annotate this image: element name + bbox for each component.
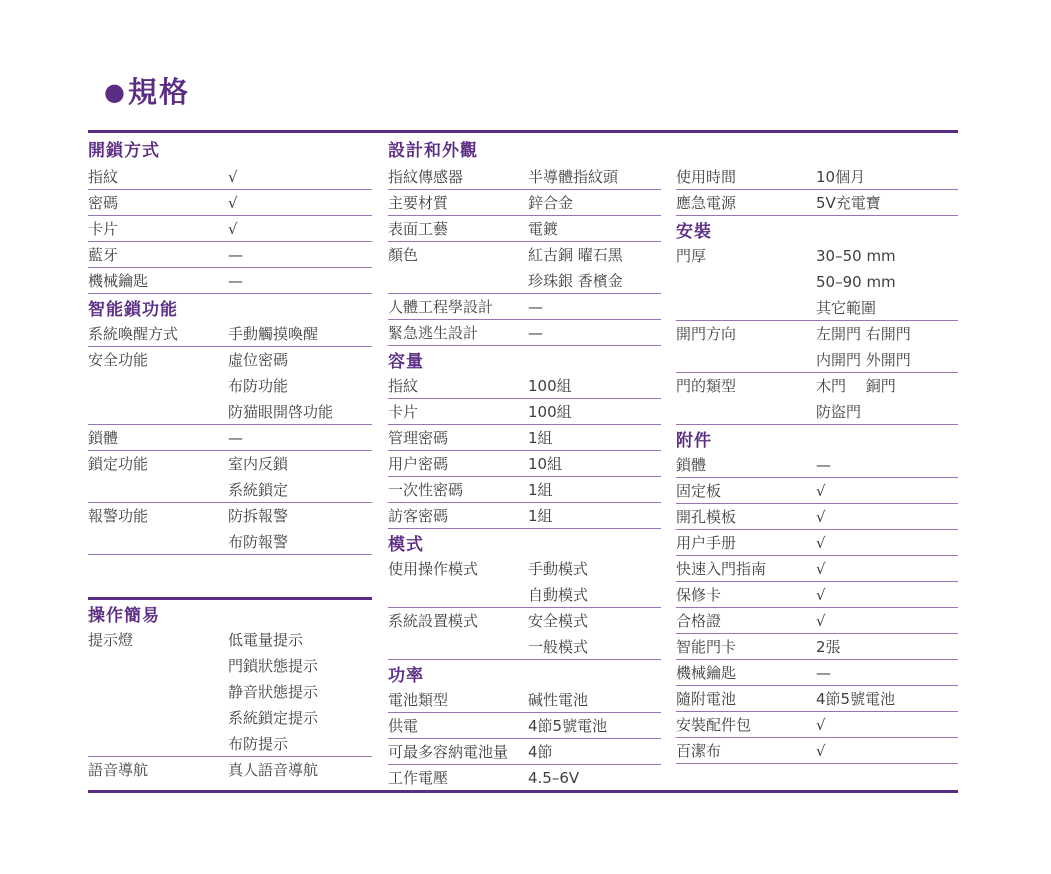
spec-value: √ (816, 556, 826, 582)
spec-values: — (228, 242, 243, 268)
spec-values: 紅古銅 曜石黑珍珠銀 香檳金 (528, 242, 623, 294)
spec-values: 手動模式自動模式 (528, 556, 588, 608)
spec-section: 模式使用操作模式手動模式自動模式系統設置模式安全模式一般模式 (388, 529, 661, 660)
spec-label: 智能門卡 (676, 634, 816, 660)
spec-row: 鎖定功能室内反鎖系統鎖定 (88, 451, 372, 503)
spec-value: 其它範圍 (816, 295, 896, 321)
spec-values: 手動觸摸喚醒 (228, 321, 318, 347)
spec-row: 機械鑰匙— (88, 268, 372, 294)
spec-row: 機械鑰匙— (676, 660, 958, 686)
spec-block: 開鎖方式指紋√密碼√卡片√藍牙—機械鑰匙—智能鎖功能系統喚醒方式手動觸摸喚醒安全… (88, 133, 372, 555)
spec-label: 鎖體 (676, 452, 816, 478)
spec-value: — (228, 242, 243, 268)
spec-section: 使用時間10個月應急電源5V充電寶 (676, 133, 958, 216)
spec-label: 系統喚醒方式 (88, 321, 228, 347)
spec-value: — (816, 660, 831, 686)
spec-label: 保修卡 (676, 582, 816, 608)
spec-value: 10個月 (816, 164, 865, 190)
spec-values: 30–50 mm50–90 mm其它範圍 (816, 243, 896, 321)
spec-row: 提示燈低電量提示門鎖狀態提示静音狀態提示系統鎖定提示布防提示 (88, 627, 372, 757)
spec-values: — (816, 660, 831, 686)
spec-row: 開孔模板√ (676, 504, 958, 530)
spec-value: √ (816, 504, 826, 530)
spec-value: √ (228, 216, 238, 242)
spec-row: 系統喚醒方式手動觸摸喚醒 (88, 321, 372, 347)
spec-values: 4.5–6V (528, 765, 579, 791)
spec-values: — (528, 320, 543, 346)
spec-label: 門的類型 (676, 373, 816, 399)
spec-value: 真人語音導航 (228, 757, 318, 783)
spec-value: √ (816, 738, 826, 764)
spec-value: 4節5號電池 (528, 713, 607, 739)
spec-row: 使用操作模式手動模式自動模式 (388, 556, 661, 608)
spec-row: 表面工藝電鍍 (388, 216, 661, 242)
spec-values: √ (228, 216, 238, 242)
section-header: 安裝 (676, 216, 958, 243)
spec-label: 指紋傳感器 (388, 164, 528, 190)
spec-value: 1組 (528, 425, 553, 451)
spec-values: — (816, 452, 831, 478)
spec-value: √ (228, 164, 238, 190)
spec-value: 虛位密碼 (228, 347, 333, 373)
spec-value: 碱性電池 (528, 687, 588, 713)
spec-row: 鎖體— (676, 452, 958, 478)
spec-values: — (228, 425, 243, 451)
spec-values: 虛位密碼布防功能防猫眼開啓功能 (228, 347, 333, 425)
section-header: 智能鎖功能 (88, 294, 372, 321)
spec-row: 顏色紅古銅 曜石黑珍珠銀 香檳金 (388, 242, 661, 294)
spec-row: 使用時間10個月 (676, 164, 958, 190)
spec-row: 管理密碼1組 (388, 425, 661, 451)
spec-label: 隨附電池 (676, 686, 816, 712)
spec-row: 供電4節5號電池 (388, 713, 661, 739)
spec-values: 2張 (816, 634, 841, 660)
spec-values: √ (228, 190, 238, 216)
spec-label: 使用操作模式 (388, 556, 528, 582)
spec-label: 報警功能 (88, 503, 228, 529)
spec-value: — (528, 294, 543, 320)
spec-label: 用户密碼 (388, 451, 528, 477)
spec-value: √ (816, 608, 826, 634)
bottom-spacer (676, 764, 958, 790)
spec-block: 操作簡易提示燈低電量提示門鎖狀態提示静音狀態提示系統鎖定提示布防提示語音導航真人… (88, 597, 372, 783)
spec-values: 4節 (528, 739, 553, 765)
spec-row: 安全功能虛位密碼布防功能防猫眼開啓功能 (88, 347, 372, 425)
spec-column-2: 設計和外觀指紋傳感器半導體指紋頭主要材質鋅合金表面工藝電鍍顏色紅古銅 曜石黑珍珠… (388, 133, 661, 791)
spec-values: 低電量提示門鎖狀態提示静音狀態提示系統鎖定提示布防提示 (228, 627, 318, 757)
spec-value: 安全模式 (528, 608, 588, 634)
spec-label: 提示燈 (88, 627, 228, 653)
spec-section: 容量指紋100組卡片100組管理密碼1組用户密碼10組一次性密碼1組訪客密碼1組 (388, 346, 661, 529)
spec-value: 1組 (528, 477, 553, 503)
spec-section: 功率電池類型碱性電池供電4節5號電池可最多容納電池量4節工作電壓4.5–6V (388, 660, 661, 791)
spec-row: 卡片√ (88, 216, 372, 242)
spec-section: 操作簡易提示燈低電量提示門鎖狀態提示静音狀態提示系統鎖定提示布防提示語音導航真人… (88, 600, 372, 783)
spec-values: 木門 銅門防盜門 (816, 373, 896, 425)
spec-label: 人體工程學設計 (388, 294, 528, 320)
spec-values: 5V充電寶 (816, 190, 881, 216)
spec-row: 工作電壓4.5–6V (388, 765, 661, 791)
spec-value: 2張 (816, 634, 841, 660)
section-header: 開鎖方式 (88, 133, 372, 164)
spec-value: 布防報警 (228, 529, 288, 555)
spec-row: 用户密碼10組 (388, 451, 661, 477)
spec-values: 鋅合金 (528, 190, 573, 216)
spec-label: 安裝配件包 (676, 712, 816, 738)
spec-section: 開鎖方式指紋√密碼√卡片√藍牙—機械鑰匙— (88, 133, 372, 294)
spec-label: 表面工藝 (388, 216, 528, 242)
spec-values: — (228, 268, 243, 294)
spec-values: 室内反鎖系統鎖定 (228, 451, 288, 503)
section-header-spacer (676, 133, 958, 164)
spec-block: 設計和外觀指紋傳感器半導體指紋頭主要材質鋅合金表面工藝電鍍顏色紅古銅 曜石黑珍珠… (388, 133, 661, 791)
spec-values: √ (816, 712, 826, 738)
spec-value: 防拆報警 (228, 503, 288, 529)
spec-value: 系統鎖定提示 (228, 705, 318, 731)
spec-value: 珍珠銀 香檳金 (528, 268, 623, 294)
spec-label: 可最多容納電池量 (388, 739, 528, 765)
spec-values: 防拆報警布防報警 (228, 503, 288, 555)
spec-label: 供電 (388, 713, 528, 739)
spec-value: 紅古銅 曜石黑 (528, 242, 623, 268)
spec-value: 防盜門 (816, 399, 896, 425)
spec-row: 電池類型碱性電池 (388, 687, 661, 713)
spec-row: 門的類型木門 銅門防盜門 (676, 373, 958, 425)
spec-row: 用户手册√ (676, 530, 958, 556)
page-title-text: 規格 (128, 74, 190, 110)
spec-label: 應急電源 (676, 190, 816, 216)
spec-row: 卡片100組 (388, 399, 661, 425)
spec-value: 自動模式 (528, 582, 588, 608)
spec-value: 1組 (528, 503, 553, 529)
spec-value: 内開門 外開門 (816, 347, 911, 373)
spec-label: 使用時間 (676, 164, 816, 190)
spec-label: 電池類型 (388, 687, 528, 713)
spec-value: 手動模式 (528, 556, 588, 582)
spec-label: 系統設置模式 (388, 608, 528, 634)
spec-column-1: 開鎖方式指紋√密碼√卡片√藍牙—機械鑰匙—智能鎖功能系統喚醒方式手動觸摸喚醒安全… (88, 133, 372, 783)
page-title: ● 規格 (104, 74, 190, 110)
spec-value: 30–50 mm (816, 243, 896, 269)
spec-label: 工作電壓 (388, 765, 528, 791)
spec-values: 電鍍 (528, 216, 558, 242)
spec-values: 1組 (528, 425, 553, 451)
spec-values: √ (816, 738, 826, 764)
spec-value: 4.5–6V (528, 765, 579, 791)
spec-values: √ (816, 556, 826, 582)
spec-row: 固定板√ (676, 478, 958, 504)
spec-values: 100組 (528, 373, 572, 399)
spec-row: 保修卡√ (676, 582, 958, 608)
spec-label: 密碼 (88, 190, 228, 216)
section-header: 模式 (388, 529, 661, 556)
spec-label: 門厚 (676, 243, 816, 269)
section-header: 操作簡易 (88, 600, 372, 627)
spec-value: 4節 (528, 739, 553, 765)
spec-label: 顏色 (388, 242, 528, 268)
spec-row: 指紋√ (88, 164, 372, 190)
spec-values: √ (816, 530, 826, 556)
spec-label: 固定板 (676, 478, 816, 504)
spec-value: √ (816, 712, 826, 738)
spec-value: 室内反鎖 (228, 451, 288, 477)
spec-row: 指紋100組 (388, 373, 661, 399)
spec-row: 一次性密碼1組 (388, 477, 661, 503)
spec-value: 門鎖狀態提示 (228, 653, 318, 679)
spec-row: 合格證√ (676, 608, 958, 634)
spec-value: 木門 銅門 (816, 373, 896, 399)
spec-label: 訪客密碼 (388, 503, 528, 529)
spec-value: 左開門 右開門 (816, 321, 911, 347)
spec-values: 10個月 (816, 164, 865, 190)
spec-row: 報警功能防拆報警布防報警 (88, 503, 372, 555)
spec-value: 一般模式 (528, 634, 588, 660)
spec-row: 訪客密碼1組 (388, 503, 661, 529)
spec-section: 附件鎖體—固定板√開孔模板√用户手册√快速入門指南√保修卡√合格證√智能門卡2張… (676, 425, 958, 764)
spec-row: 開門方向左開門 右開門内開門 外開門 (676, 321, 958, 373)
spec-value: 50–90 mm (816, 269, 896, 295)
spec-label: 百潔布 (676, 738, 816, 764)
spec-value: √ (816, 478, 826, 504)
spec-label: 指紋 (388, 373, 528, 399)
spec-label: 開門方向 (676, 321, 816, 347)
spec-values: √ (816, 478, 826, 504)
spec-values: 1組 (528, 503, 553, 529)
spec-label: 鎖定功能 (88, 451, 228, 477)
spec-label: 指紋 (88, 164, 228, 190)
spec-value: 半導體指紋頭 (528, 164, 618, 190)
spec-value: 10組 (528, 451, 562, 477)
spec-value: — (228, 425, 243, 451)
spec-label: 機械鑰匙 (676, 660, 816, 686)
spec-value: — (228, 268, 243, 294)
spec-values: 10組 (528, 451, 562, 477)
spec-values: 安全模式一般模式 (528, 608, 588, 660)
spec-label: 語音導航 (88, 757, 228, 783)
spec-row: 應急電源5V充電寶 (676, 190, 958, 216)
spec-values: 左開門 右開門内開門 外開門 (816, 321, 911, 373)
section-header: 容量 (388, 346, 661, 373)
spec-label: 主要材質 (388, 190, 528, 216)
spec-section: 智能鎖功能系統喚醒方式手動觸摸喚醒安全功能虛位密碼布防功能防猫眼開啓功能鎖體—鎖… (88, 294, 372, 555)
spec-row: 指紋傳感器半導體指紋頭 (388, 164, 661, 190)
spec-label: 一次性密碼 (388, 477, 528, 503)
spec-value: 100組 (528, 399, 572, 425)
spec-label: 快速入門指南 (676, 556, 816, 582)
spec-values: 半導體指紋頭 (528, 164, 618, 190)
spec-label: 開孔模板 (676, 504, 816, 530)
spec-row: 安裝配件包√ (676, 712, 958, 738)
spec-row: 百潔布√ (676, 738, 958, 764)
spec-row: 快速入門指南√ (676, 556, 958, 582)
spec-row: 系統設置模式安全模式一般模式 (388, 608, 661, 660)
spec-value: √ (228, 190, 238, 216)
spec-values: 真人語音導航 (228, 757, 318, 783)
spec-values: 4節5號電池 (816, 686, 895, 712)
spec-row: 密碼√ (88, 190, 372, 216)
spec-value: 布防提示 (228, 731, 318, 757)
spec-value: √ (816, 530, 826, 556)
spec-value: 鋅合金 (528, 190, 573, 216)
spec-values: 1組 (528, 477, 553, 503)
spec-value: 静音狀態提示 (228, 679, 318, 705)
spec-row: 主要材質鋅合金 (388, 190, 661, 216)
spec-value: 手動觸摸喚醒 (228, 321, 318, 347)
spec-values: √ (228, 164, 238, 190)
spec-values: 4節5號電池 (528, 713, 607, 739)
spec-values: — (528, 294, 543, 320)
spec-value: 100組 (528, 373, 572, 399)
spec-values: 碱性電池 (528, 687, 588, 713)
spec-values: √ (816, 504, 826, 530)
spec-value: 防猫眼開啓功能 (228, 399, 333, 425)
spec-label: 藍牙 (88, 242, 228, 268)
spec-label: 卡片 (388, 399, 528, 425)
spec-value: 布防功能 (228, 373, 333, 399)
spec-value: 5V充電寶 (816, 190, 881, 216)
spec-row: 語音導航真人語音導航 (88, 757, 372, 783)
spec-values: 100組 (528, 399, 572, 425)
spec-values: √ (816, 608, 826, 634)
spec-block: 使用時間10個月應急電源5V充電寶安裝門厚30–50 mm50–90 mm其它範… (676, 133, 958, 764)
spec-column-3: 使用時間10個月應急電源5V充電寶安裝門厚30–50 mm50–90 mm其它範… (676, 133, 958, 790)
section-header: 設計和外觀 (388, 133, 661, 164)
spec-label: 合格證 (676, 608, 816, 634)
spec-value: 電鍍 (528, 216, 558, 242)
spec-row: 藍牙— (88, 242, 372, 268)
spec-row: 人體工程學設計— (388, 294, 661, 320)
spec-label: 用户手册 (676, 530, 816, 556)
spec-values: √ (816, 582, 826, 608)
spec-label: 緊急逃生設計 (388, 320, 528, 346)
spec-label: 機械鑰匙 (88, 268, 228, 294)
spec-label: 安全功能 (88, 347, 228, 373)
spec-label: 管理密碼 (388, 425, 528, 451)
bullet-icon: ● (104, 74, 125, 110)
spec-value: 系統鎖定 (228, 477, 288, 503)
spec-section: 設計和外觀指紋傳感器半導體指紋頭主要材質鋅合金表面工藝電鍍顏色紅古銅 曜石黑珍珠… (388, 133, 661, 346)
section-header: 附件 (676, 425, 958, 452)
spec-value: — (816, 452, 831, 478)
spec-label: 卡片 (88, 216, 228, 242)
spec-label: 鎖體 (88, 425, 228, 451)
spec-row: 緊急逃生設計— (388, 320, 661, 346)
spec-row: 隨附電池4節5號電池 (676, 686, 958, 712)
spec-value: √ (816, 582, 826, 608)
spec-section: 安裝門厚30–50 mm50–90 mm其它範圍開門方向左開門 右開門内開門 外… (676, 216, 958, 425)
spec-value: 4節5號電池 (816, 686, 895, 712)
spec-row: 鎖體— (88, 425, 372, 451)
section-header: 功率 (388, 660, 661, 687)
spec-value: — (528, 320, 543, 346)
spec-row: 門厚30–50 mm50–90 mm其它範圍 (676, 243, 958, 321)
spec-value: 低電量提示 (228, 627, 318, 653)
spec-row: 可最多容納電池量4節 (388, 739, 661, 765)
spec-row: 智能門卡2張 (676, 634, 958, 660)
